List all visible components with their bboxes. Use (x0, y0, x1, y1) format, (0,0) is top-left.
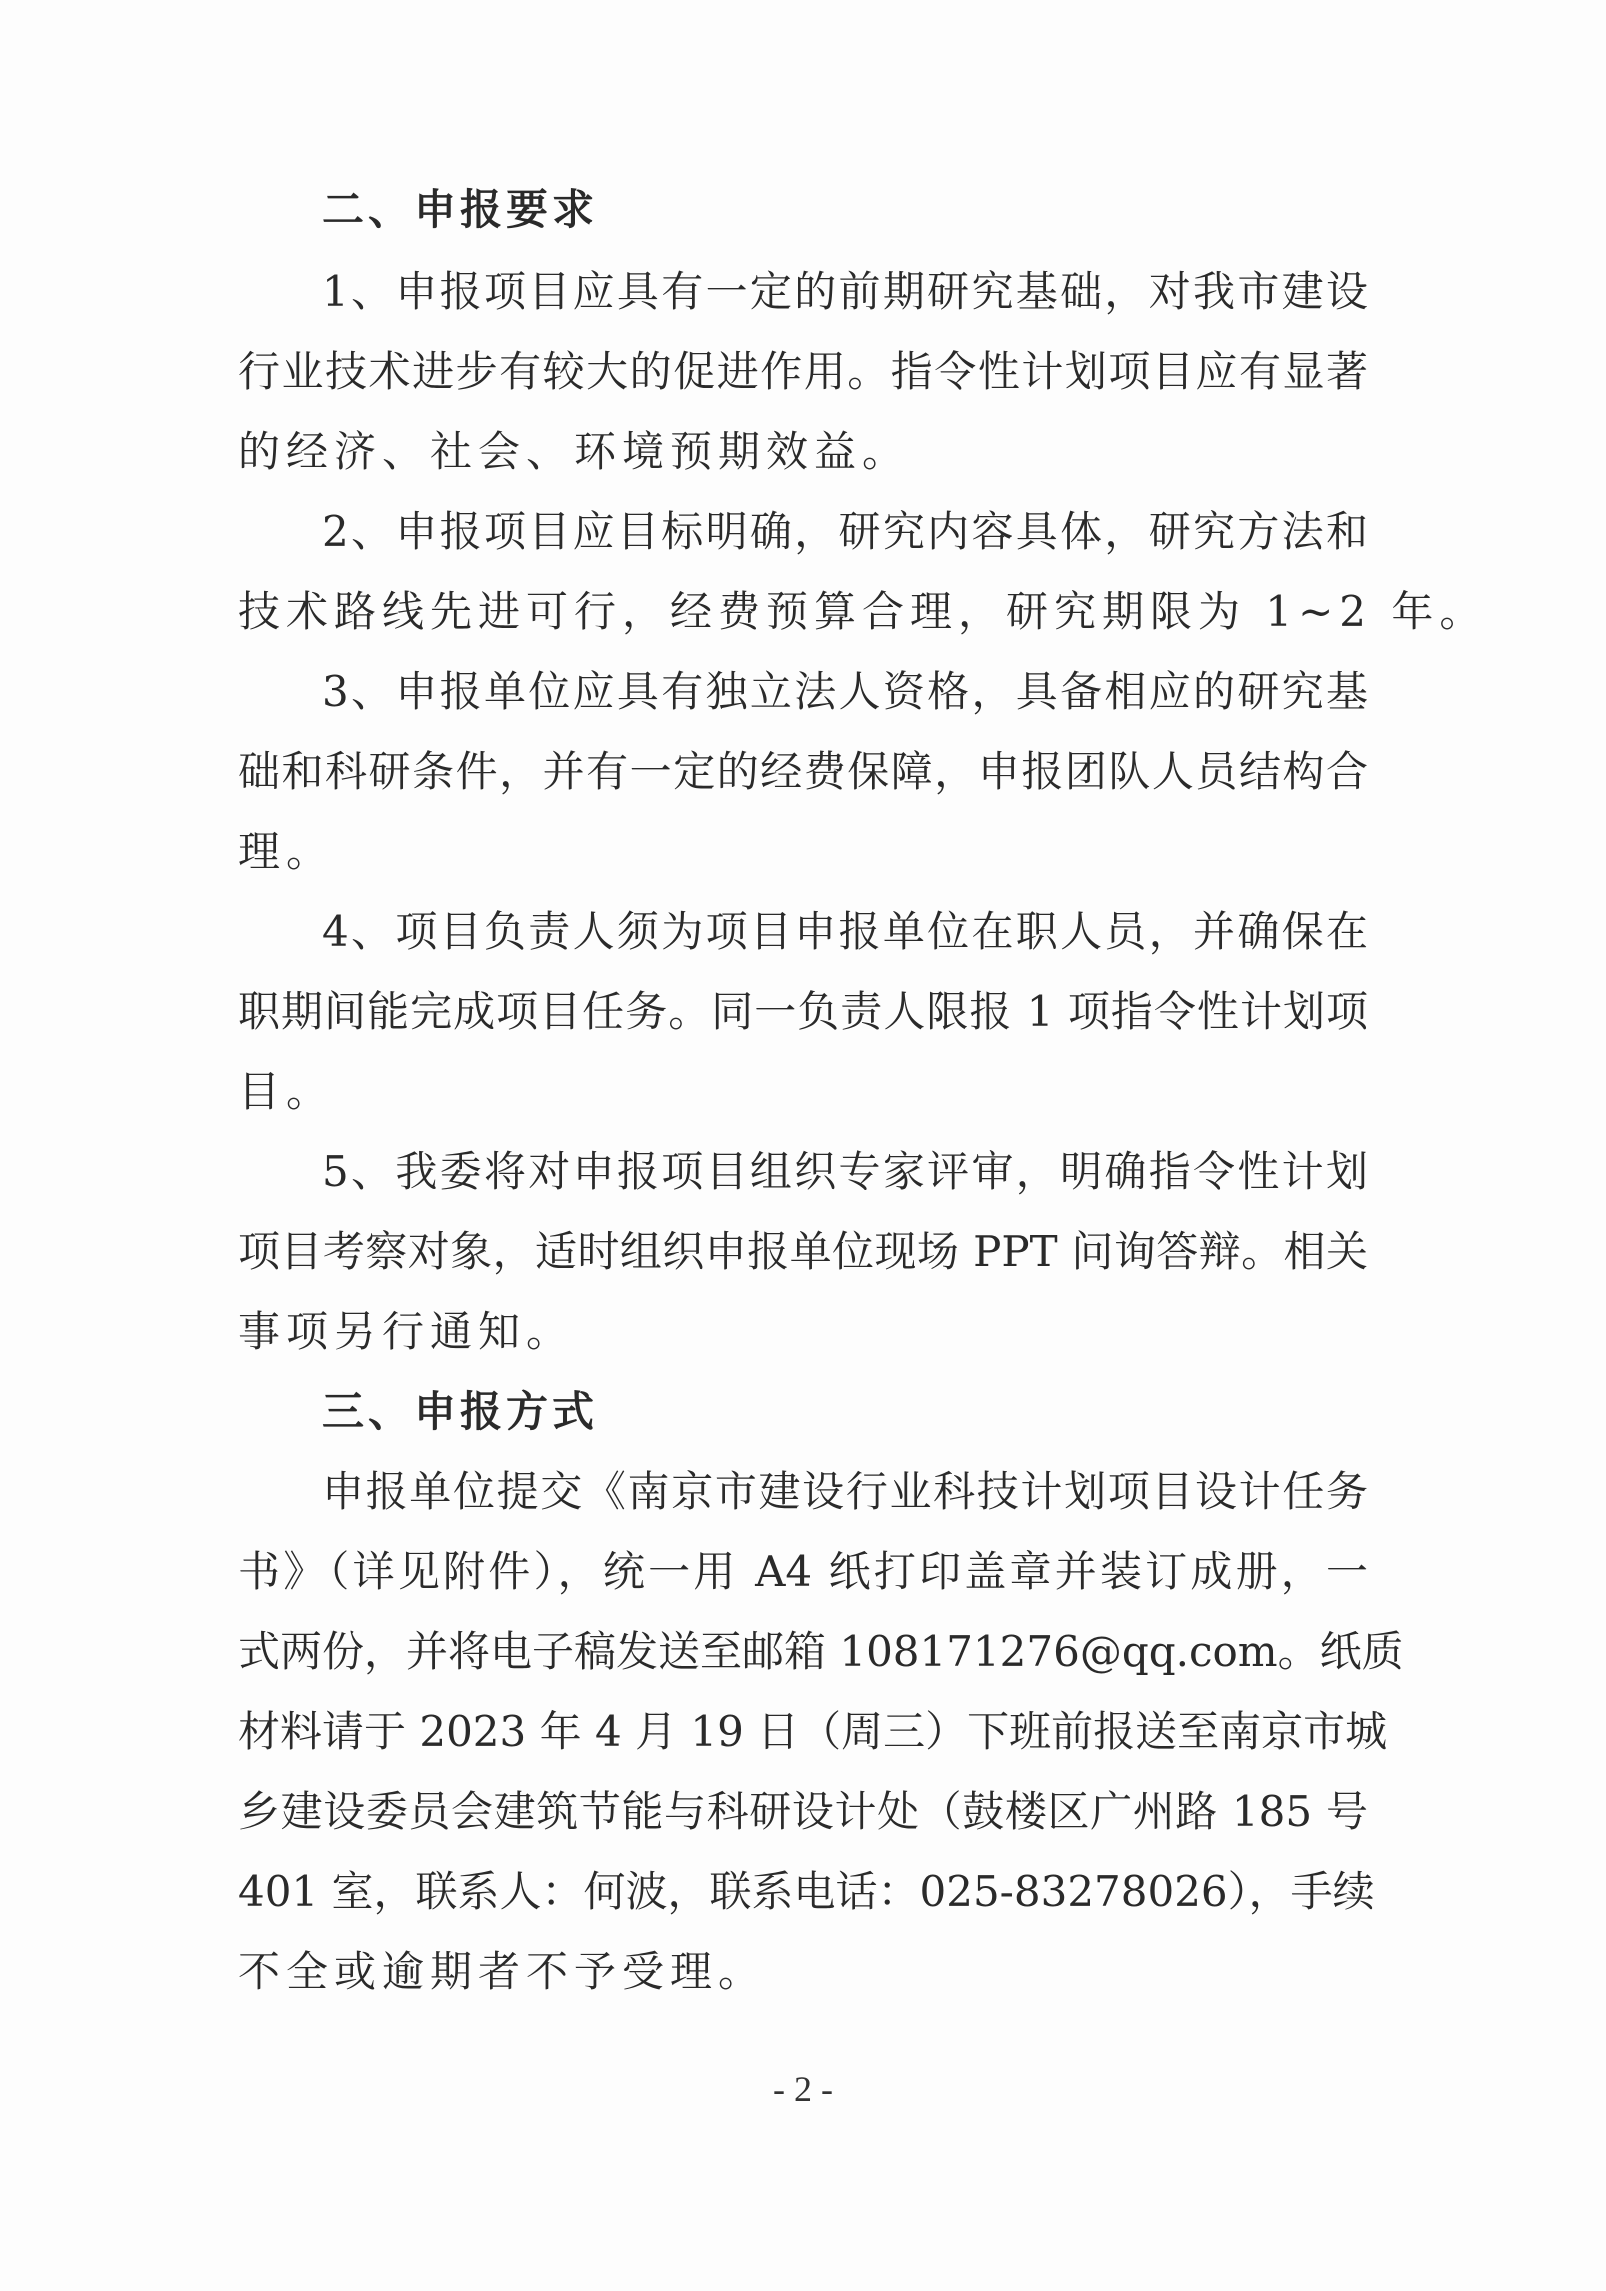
paragraph-line-email: 式两份，并将电子稿发送至邮箱 108171276@qq.com。纸质 (238, 1622, 1368, 1682)
paragraph-line: 4、项目负责人须为项目申报单位在职人员，并确保在 (322, 902, 1368, 962)
paragraph-line: 理。 (238, 822, 1368, 882)
paragraph-line-contact: 401 室，联系人：何波，联系电话：025-83278026），手续 (238, 1862, 1368, 1922)
paragraph-line: 事项另行通知。 (238, 1302, 1368, 1362)
paragraph-line: 的经济、社会、环境预期效益。 (238, 422, 1368, 482)
section-heading-requirements: 二、申报要求 (322, 180, 1368, 240)
paragraph-line: 础和科研条件，并有一定的经费保障，申报团队人员结构合 (238, 742, 1368, 802)
paragraph-line-address: 乡建设委员会建筑节能与科研设计处（鼓楼区广州路 185 号 (238, 1782, 1368, 1842)
paragraph-line: 3、申报单位应具有独立法人资格，具备相应的研究基 (322, 662, 1368, 722)
document-page: 二、申报要求 1、申报项目应具有一定的前期研究基础，对我市建设 行业技术进步有较… (0, 0, 1606, 2291)
paragraph-line: 书》（详见附件），统一用 A4 纸打印盖章并装订成册，一 (238, 1542, 1368, 1602)
paragraph-line: 申报单位提交《南京市建设行业科技计划项目设计任务 (322, 1462, 1368, 1522)
paragraph-line: 1、申报项目应具有一定的前期研究基础，对我市建设 (322, 262, 1368, 322)
paragraph-line: 2、申报项目应目标明确，研究内容具体，研究方法和 (322, 502, 1368, 562)
paragraph-line: 行业技术进步有较大的促进作用。指令性计划项目应有显著 (238, 342, 1368, 402)
section-heading-method: 三、申报方式 (322, 1382, 1368, 1442)
page-number: - 2 - (0, 2068, 1606, 2110)
paragraph-line-deadline: 材料请于 2023 年 4 月 19 日（周三）下班前报送至南京市城 (238, 1702, 1368, 1762)
paragraph-line: 职期间能完成项目任务。同一负责人限报 1 项指令性计划项 (238, 982, 1368, 1042)
paragraph-line: 不全或逾期者不予受理。 (238, 1942, 1368, 2002)
paragraph-line: 5、我委将对申报项目组织专家评审，明确指令性计划 (322, 1142, 1368, 1202)
paragraph-line: 目。 (238, 1062, 1368, 1122)
paragraph-line: 技术路线先进可行，经费预算合理，研究期限为 1~2 年。 (238, 582, 1368, 642)
paragraph-line: 项目考察对象，适时组织申报单位现场 PPT 问询答辩。相关 (238, 1222, 1368, 1282)
